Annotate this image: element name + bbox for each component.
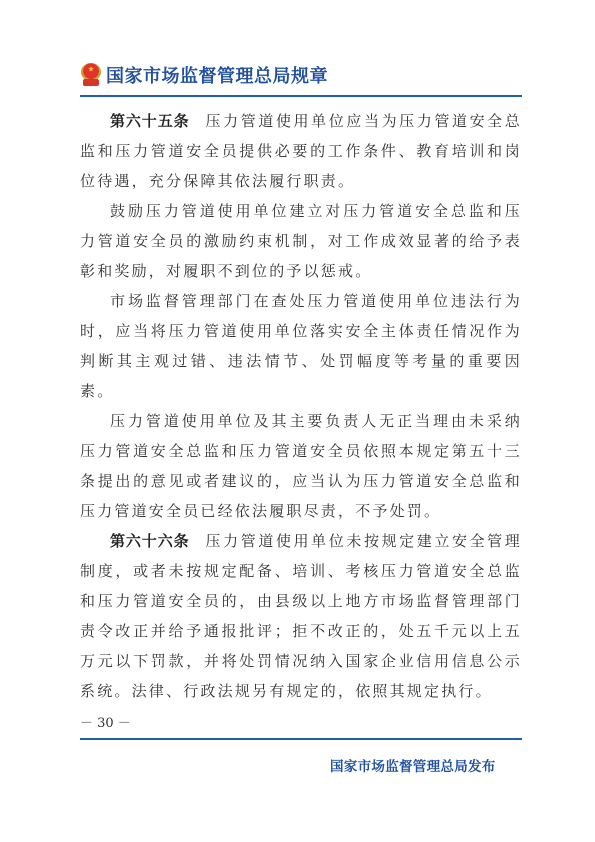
page-header: 国家市场监督管理总局规章 <box>80 62 328 88</box>
article-65-paragraph-1: 第六十五条压力管道使用单位应当为压力管道安全总监和压力管道安全员提供必要的工作条… <box>80 106 522 196</box>
article-65-paragraph-2: 鼓励压力管道使用单位建立对压力管道安全总监和压力管道安全员的激励约束机制，对工作… <box>80 196 522 286</box>
document-body: 第六十五条压力管道使用单位应当为压力管道安全总监和压力管道安全员提供必要的工作条… <box>80 106 522 706</box>
article-65-paragraph-3: 市场监督管理部门在查处压力管道使用单位违法行为时，应当将压力管道使用单位落实安全… <box>80 286 522 406</box>
national-emblem-icon <box>80 63 102 87</box>
header-title: 国家市场监督管理总局规章 <box>106 62 328 88</box>
article-number: 第六十五条 <box>110 112 190 130</box>
article-66-paragraph-1: 第六十六条压力管道使用单位未按规定建立安全管理制度，或者未按规定配备、培训、考核… <box>80 526 522 706</box>
header-divider <box>80 95 522 97</box>
footer-divider <box>80 738 522 740</box>
page-number: － 30 － <box>80 712 131 731</box>
publisher-label: 国家市场监督管理总局发布 <box>330 755 496 775</box>
article-65-paragraph-4: 压力管道使用单位及其主要负责人无正当理由未采纳压力管道安全总监和压力管道安全员依… <box>80 406 522 526</box>
article-number: 第六十六条 <box>110 532 190 550</box>
paragraph-text: 压力管道使用单位未按规定建立安全管理制度，或者未按规定配备、培训、考核压力管道安… <box>80 532 522 700</box>
